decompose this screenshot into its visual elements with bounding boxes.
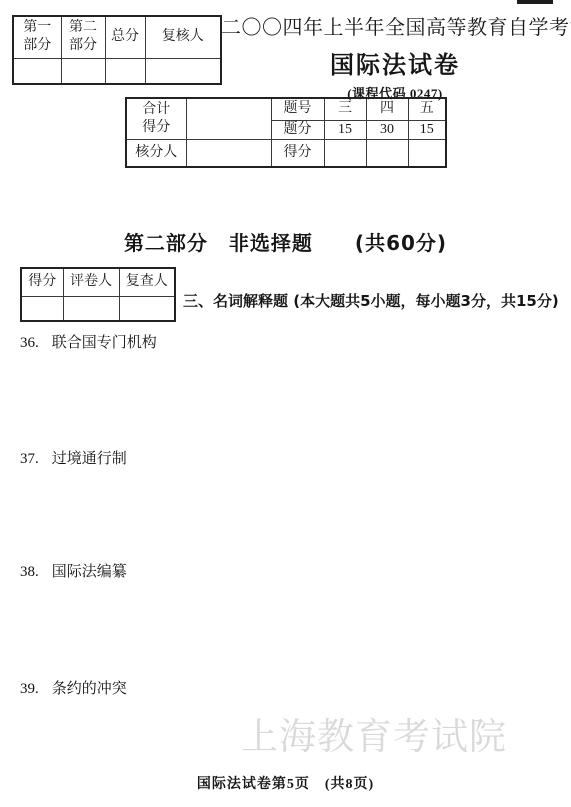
- detail-total-score-value: [186, 98, 271, 139]
- summary-header-part1-line1: 第一: [14, 19, 61, 37]
- grader-cell-score-value: [21, 296, 63, 321]
- grader-header-grader: 评卷人: [63, 268, 119, 296]
- detail-checker-label: 核分人: [126, 139, 186, 167]
- question-text: 联合国专门机构: [52, 335, 157, 351]
- detail-question-score-4: 30: [366, 120, 408, 139]
- detail-question-score-5: 15: [408, 120, 446, 139]
- detail-question-score-3: 15: [324, 120, 366, 139]
- summary-cell-reviewer-value: [145, 58, 221, 84]
- grader-header-rechecker: 复查人: [119, 268, 175, 296]
- grader-cell-rechecker-value: [119, 296, 175, 321]
- summary-header-part2-line2: 部分: [62, 37, 105, 55]
- detail-question-no-5: 五: [408, 98, 446, 120]
- exam-title-line1: 二〇〇四年上半年全国高等教育自学考试: [221, 11, 569, 40]
- question-text: 过境通行制: [52, 451, 127, 467]
- grader-score-table: 得分 评卷人 复查人: [20, 267, 176, 322]
- detail-gained-score-4: [366, 139, 408, 167]
- summary-header-total: 总分: [105, 16, 145, 58]
- summary-header-part2: 第二 部分: [61, 16, 105, 58]
- page-footer: 国际法试卷第5页 (共8页): [0, 773, 571, 793]
- question-number: 36.: [20, 335, 39, 352]
- question-text: 条约的冲突: [52, 681, 127, 697]
- summary-header-part2-line1: 第二: [62, 19, 105, 37]
- question-item-38: 38.国际法编纂: [20, 560, 127, 581]
- exam-paper-page: { "header": { "title_line1": "二〇〇四年上半年全国…: [0, 0, 571, 807]
- score-detail-table: 合计 得分 题号 三 四 五 题分 15 30 15 核分人 得分: [125, 97, 447, 168]
- summary-cell-total-value: [105, 58, 145, 84]
- part-heading: 第二部分 非选择题 (共60分): [0, 227, 571, 256]
- detail-question-no-3: 三: [324, 98, 366, 120]
- summary-header-reviewer: 复核人: [145, 16, 221, 58]
- detail-gained-score-label: 得分: [271, 139, 324, 167]
- grader-cell-grader-value: [63, 296, 119, 321]
- detail-total-label-line2: 得分: [127, 119, 186, 137]
- question-item-36: 36.联合国专门机构: [20, 331, 157, 352]
- question-text: 国际法编纂: [52, 564, 127, 580]
- detail-checker-value: [186, 139, 271, 167]
- question-number: 39.: [20, 681, 39, 698]
- question-number: 37.: [20, 451, 39, 468]
- summary-cell-part1-value: [13, 58, 61, 84]
- detail-total-label-line1: 合计: [127, 101, 186, 119]
- exam-title-line2: 国际法试卷: [221, 45, 569, 80]
- watermark-text: 上海教育考试院: [241, 706, 507, 760]
- detail-question-no-4: 四: [366, 98, 408, 120]
- detail-total-score-label: 合计 得分: [126, 98, 186, 139]
- score-summary-table: 第一 部分 第二 部分 总分 复核人: [12, 15, 222, 85]
- detail-gained-score-3: [324, 139, 366, 167]
- summary-cell-part2-value: [61, 58, 105, 84]
- summary-header-part1: 第一 部分: [13, 16, 61, 58]
- grader-header-score: 得分: [21, 268, 63, 296]
- exam-title-block: 二〇〇四年上半年全国高等教育自学考试 国际法试卷 (课程代码 0247): [221, 11, 569, 102]
- question-item-37: 37.过境通行制: [20, 447, 127, 468]
- page-corner-mark: [517, 0, 553, 4]
- detail-gained-score-5: [408, 139, 446, 167]
- summary-header-part1-line2: 部分: [14, 37, 61, 55]
- detail-question-score-label: 题分: [271, 120, 324, 139]
- question-number: 38.: [20, 564, 39, 581]
- question-item-39: 39.条约的冲突: [20, 677, 127, 698]
- detail-question-no-label: 题号: [271, 98, 324, 120]
- question-type-heading: 三、名词解释题 (本大题共5小题，每小题3分，共15分): [183, 290, 559, 311]
